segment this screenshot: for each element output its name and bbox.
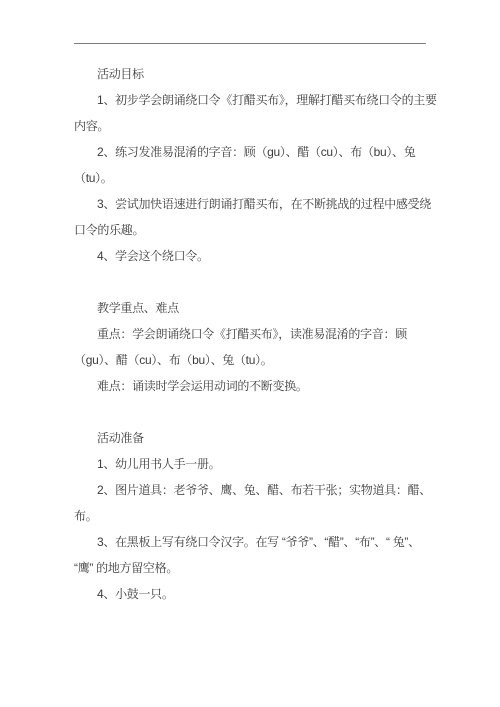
paragraph-wrap-line: 内容。 [74,113,430,139]
section-3: 活动准备1、幼儿用书人手一册。2、图片道具：老爷爷、鹰、兔、醋、布若干张；实物道… [74,425,430,607]
document-body: 活动目标1、初步学会朗诵绕口令《打醋买布》，理解打醋买布绕口令的主要内容。2、练… [74,61,430,607]
section-title: 活动目标 [74,61,430,87]
paragraph-first-line: 1、幼儿用书人手一册。 [74,451,430,477]
paragraph-first-line: 4、学会这个绕口令。 [74,243,430,269]
paragraph-wrap-line: 布。 [74,503,430,529]
paragraph-wrap-line: “鹰” 的地方留空格。 [74,555,430,581]
paragraph-wrap-line: 口令的乐趣。 [74,217,430,243]
paragraph-first-line: 2、图片道具：老爷爷、鹰、兔、醋、布若干张；实物道具：醋、 [74,477,430,503]
paragraph-wrap-line: （tu）。 [74,165,430,191]
paragraph-first-line: 难点：诵读时学会运用动词的不断变换。 [74,373,430,399]
section-2: 教学重点、难点重点：学会朗诵绕口令《打醋买布》，读准易混淆的字音：顾（gu）、醋… [74,295,430,399]
section-title: 教学重点、难点 [74,295,430,321]
paragraph-first-line: 4、小鼓一只。 [74,581,430,607]
section-title: 活动准备 [74,425,430,451]
section-1: 活动目标1、初步学会朗诵绕口令《打醋买布》，理解打醋买布绕口令的主要内容。2、练… [74,61,430,269]
paragraph-first-line: 重点：学会朗诵绕口令《打醋买布》，读准易混淆的字音：顾 [74,321,430,347]
paragraph-first-line: 3、尝试加快语速进行朗诵打醋买布，在不断挑战的过程中感受绕 [74,191,430,217]
top-divider [74,43,426,44]
paragraph-first-line: 2、练习发准易混淆的字音：顾（gu）、醋（cu）、布（bu）、兔 [74,139,430,165]
document-page: 活动目标1、初步学会朗诵绕口令《打醋买布》，理解打醋买布绕口令的主要内容。2、练… [0,0,500,707]
paragraph-first-line: 3、在黑板上写有绕口令汉字。在写 “爷爷”、“醋”、“布”、“ 兔”、 [74,529,430,555]
paragraph-first-line: 1、初步学会朗诵绕口令《打醋买布》，理解打醋买布绕口令的主要 [74,87,430,113]
paragraph-wrap-line: （gu）、醋（cu）、布（bu）、兔（tu）。 [74,347,430,373]
